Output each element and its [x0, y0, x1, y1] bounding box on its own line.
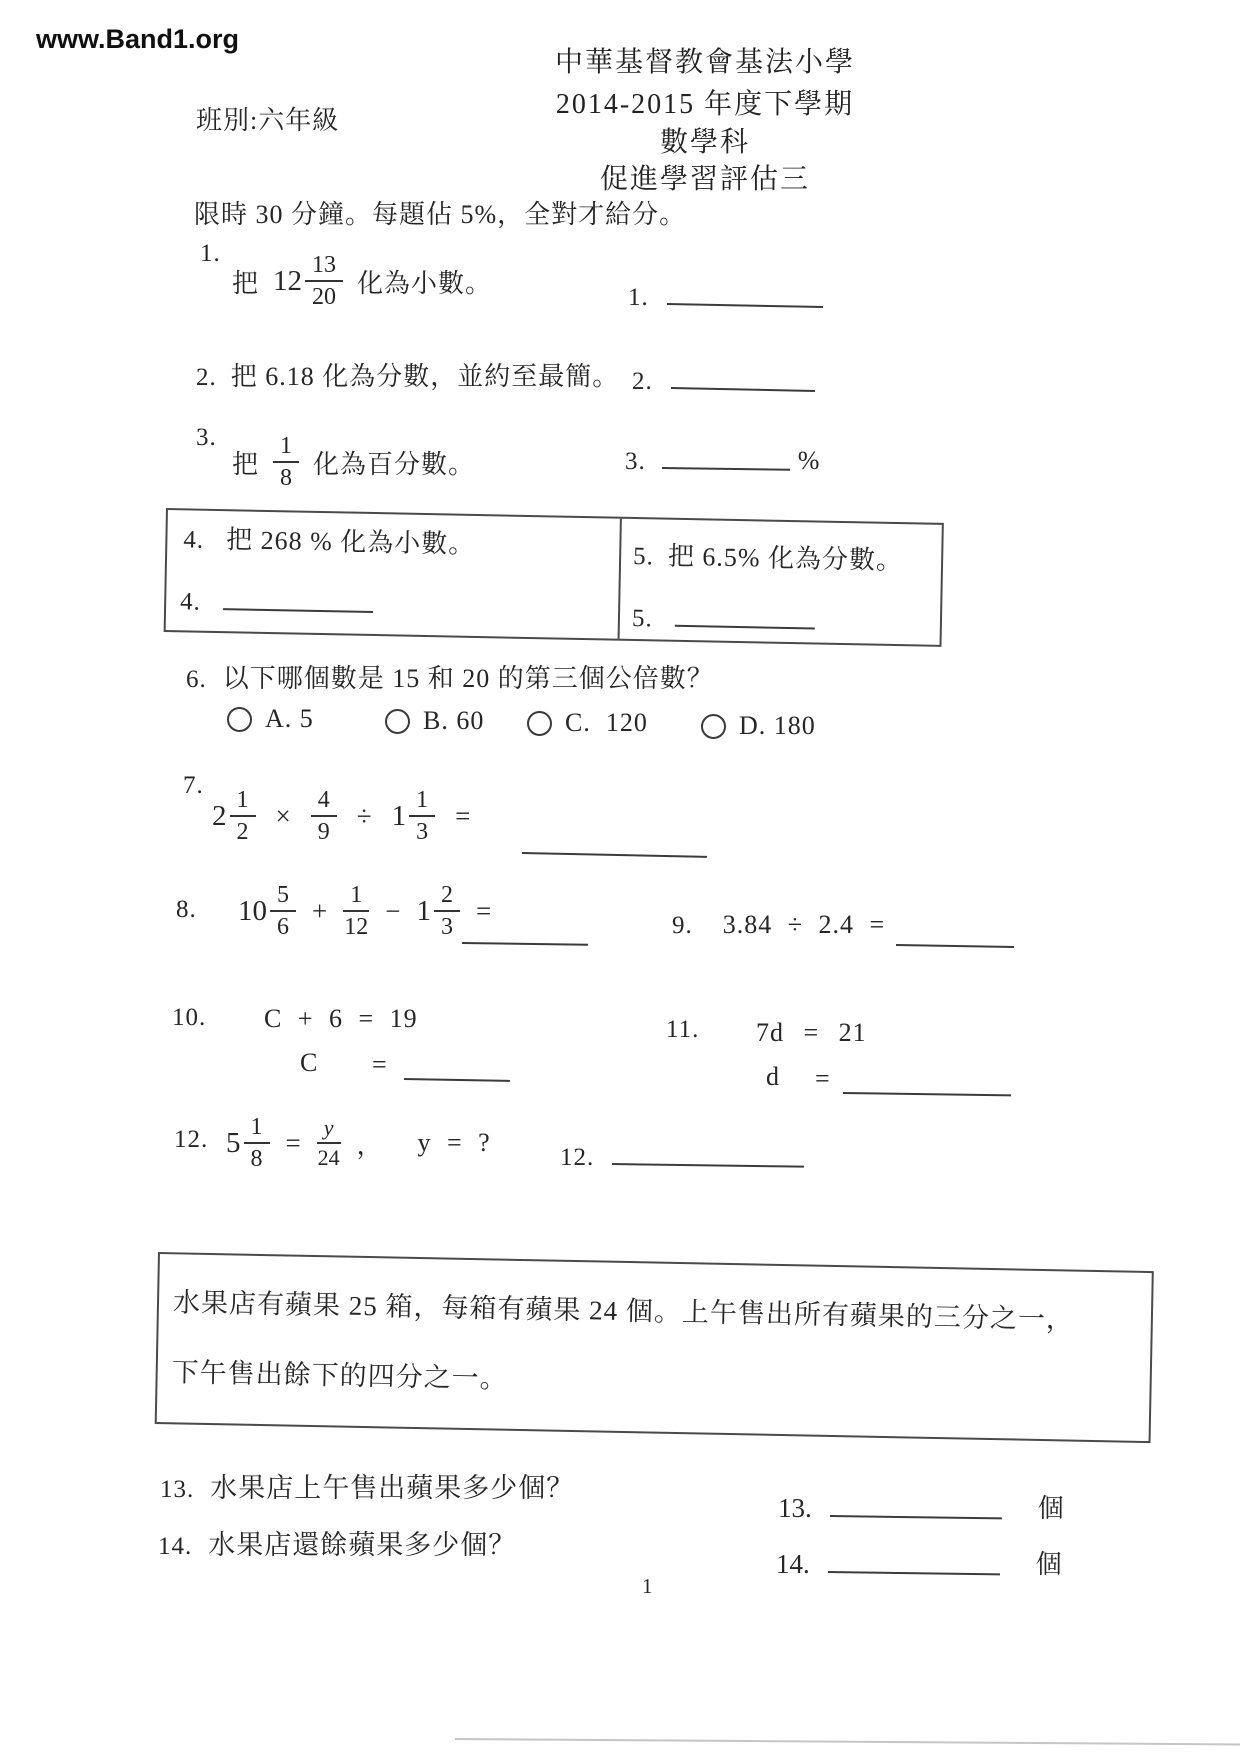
equals-sign: = [476, 896, 491, 927]
q3-number: 3. [196, 424, 217, 452]
q2-answer-line[interactable] [671, 369, 815, 392]
q10-variable: C [300, 1048, 318, 1078]
q7-mixed-1: 2 12 [212, 788, 256, 844]
subject-line: 數學科 [390, 120, 1020, 160]
q8-expression: 10 56 + 112 − 1 23 = [238, 872, 491, 950]
q10-equation: C + 6 = 19 [264, 1004, 418, 1034]
q7-answer-line[interactable] [522, 852, 707, 858]
q4-answer-line[interactable] [223, 590, 373, 613]
q12-number: 12. [174, 1126, 208, 1154]
q5-answer-line[interactable] [675, 607, 815, 630]
scanned-exam-page: www.Band1.org 中華基督教會基法小學 2014-2015 年度下學期… [0, 0, 1240, 1754]
q7-number: 7. [183, 772, 204, 800]
q7-fraction-2: 49 [311, 788, 337, 844]
q3-text: 把 1 8 化為百分數。 [232, 432, 475, 492]
q8-mixed-1: 10 56 [238, 883, 296, 939]
q7-expression: 2 12 × 49 ÷ 1 13 = [212, 780, 470, 852]
q11-equals: = [815, 1064, 831, 1094]
box-divider [618, 519, 622, 639]
q5-answer: 5. [632, 605, 815, 637]
q9-text: 9. 3.84 ÷ 2.4 = [672, 910, 885, 940]
watermark-text: www.Band1.org [36, 24, 239, 55]
q13-text: 13. 水果店上午售出蘋果多少個？ [160, 1466, 574, 1505]
q11-number: 11. [666, 1016, 699, 1044]
q1-fraction: 13 20 [305, 253, 343, 309]
q13-answer-line[interactable] [830, 1497, 1002, 1519]
q11-answer-line[interactable] [843, 1092, 1011, 1096]
q3-post: 化為百分數。 [313, 444, 475, 481]
q12-expression: 5 18 = y24 ， y = ? [226, 1112, 491, 1174]
q3-fraction: 1 8 [273, 434, 299, 490]
q7-mixed-3: 1 13 [392, 788, 436, 844]
q11-equation: 7d = 21 [756, 1018, 867, 1048]
q1-post: 化為小數。 [357, 263, 492, 300]
school-name: 中華基督教會基法小學 [390, 40, 1020, 80]
q8-number: 8. [176, 896, 197, 924]
q11-variable: d [766, 1062, 780, 1092]
q12-fraction-2: y24 [317, 1117, 341, 1169]
q10-equals: = [372, 1050, 388, 1080]
equals-sign: = [455, 801, 470, 832]
q6-option-b[interactable]: B. 60 [385, 706, 484, 736]
q2-answer: 2. [632, 368, 815, 396]
minus-sign: − [385, 896, 400, 927]
divide-sign: ÷ [357, 801, 372, 832]
plus-sign: + [312, 896, 327, 927]
word-problem-line1: 水果店有蘋果 25 箱，每箱有蘋果 24 個。上午售出所有蘋果的三分之一， [173, 1280, 1075, 1336]
option-c-label: C. 120 [565, 708, 648, 738]
q9-answer-line[interactable] [896, 944, 1014, 948]
equals-sign: = [286, 1128, 301, 1159]
q5-text: 5. 把 6.5% 化為分數。 [633, 535, 904, 577]
q3-answer-line[interactable] [662, 449, 790, 471]
q8-mixed-3: 1 23 [416, 883, 460, 939]
option-c-radio[interactable] [527, 711, 552, 736]
q8-fraction-2: 112 [343, 883, 369, 939]
q12-answer: 12. [560, 1144, 804, 1172]
q13-unit: 個 [1038, 1488, 1065, 1525]
scan-artifact-line [455, 1738, 1240, 1745]
multiply-sign: × [276, 801, 291, 832]
q12-mixed-1: 5 18 [226, 1115, 270, 1171]
q1-text: 把 12 13 20 化為小數。 [232, 250, 492, 312]
q10-number: 10. [172, 1004, 206, 1032]
q1-pre: 把 [232, 263, 259, 300]
option-d-radio[interactable] [701, 714, 726, 739]
q12-answer-line[interactable] [612, 1145, 804, 1168]
q12-comma: ， [357, 1125, 384, 1162]
option-a-radio[interactable] [227, 707, 252, 732]
q13-answer: 13. 個 [778, 1488, 1065, 1525]
page-number: 1 [642, 1574, 653, 1599]
q2-text: 2. 把 6.18 化為分數，並約至最簡。 [196, 356, 619, 393]
word-problem-box: 水果店有蘋果 25 箱，每箱有蘋果 24 個。上午售出所有蘋果的三分之一， 下午… [155, 1252, 1154, 1443]
option-a-label: A. 5 [265, 704, 314, 734]
word-problem-line2: 下午售出餘下的四分之一。 [171, 1350, 508, 1395]
q6-option-c[interactable]: C. 120 [527, 708, 648, 738]
q3-answer: 3. % [625, 446, 820, 476]
instructions: 限時 30 分鐘。每題佔 5%，全對才給分。 [194, 194, 686, 231]
option-b-radio[interactable] [385, 709, 410, 734]
q4-text: 4. 把 268 % 化為小數。 [183, 518, 476, 561]
q14-text: 14. 水果店還餘蘋果多少個？ [158, 1523, 516, 1562]
q1-answer-line[interactable] [667, 285, 823, 308]
option-d-label: D. 180 [739, 711, 816, 741]
q4-answer: 4. [180, 588, 373, 620]
q3-pre: 把 [232, 444, 259, 481]
q3-unit: % [798, 446, 821, 476]
option-b-label: B. 60 [423, 706, 484, 736]
q1-number: 1. [200, 240, 221, 268]
q6-option-d[interactable]: D. 180 [701, 711, 816, 741]
q6-text: 6. 以下哪個數是 15 和 20 的第三個公倍數？ [186, 658, 714, 695]
q6-option-a[interactable]: A. 5 [227, 704, 314, 734]
q14-answer: 14. 個 [776, 1544, 1063, 1581]
q14-unit: 個 [1036, 1544, 1063, 1581]
q1-mixed-number: 12 13 20 [273, 253, 343, 309]
term-line: 2014-2015 年度下學期 [390, 82, 1020, 122]
q10-answer-line[interactable] [404, 1078, 510, 1082]
q4-q5-box: 4. 把 268 % 化為小數。 4. 5. 把 6.5% 化為分數。 5. [164, 508, 944, 647]
class-label: 班別:六年級 [196, 100, 339, 137]
q14-answer-line[interactable] [828, 1553, 1000, 1575]
q12-question: y = ? [418, 1128, 491, 1158]
q1-answer: 1. [628, 284, 823, 312]
assessment-title: 促進學習評估三 [390, 157, 1020, 197]
